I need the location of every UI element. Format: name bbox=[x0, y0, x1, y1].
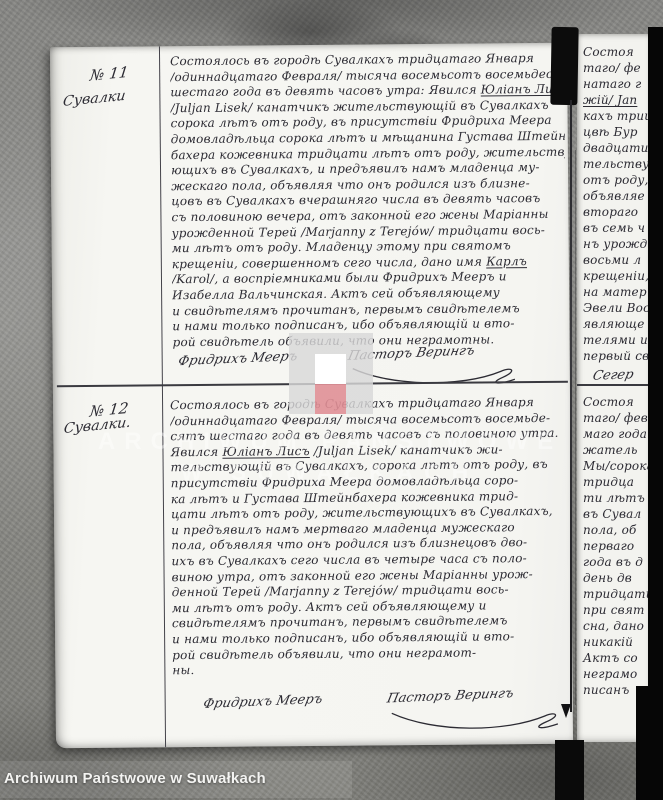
handwritten-line: натаго г bbox=[577, 76, 649, 92]
handwritten-line: Актъ со bbox=[577, 650, 649, 666]
handwritten-line: ти лѣтъ bbox=[577, 490, 649, 506]
handwritten-line: года въ д bbox=[577, 554, 649, 570]
scan-black-edge bbox=[636, 686, 663, 800]
binding-gap-bottom bbox=[555, 740, 584, 800]
handwritten-line: крещеніи, с bbox=[577, 268, 649, 284]
record-12-signature-witness: Фридрихъ Мееръ bbox=[202, 692, 324, 712]
handwritten-line: первый св bbox=[577, 348, 649, 364]
handwritten-line: двадцати bbox=[577, 140, 649, 156]
handwritten-line: сна, дано bbox=[577, 618, 649, 634]
handwritten-line: въ семь ч bbox=[577, 220, 649, 236]
handwritten-line: втораго bbox=[577, 204, 649, 220]
watermark-logo-red-square bbox=[315, 384, 346, 414]
record-11-text: Состоялось въ городѣ Сувалкахъ тридцатаг… bbox=[170, 51, 567, 351]
watermark-logo-white-square bbox=[315, 354, 346, 384]
handwritten-line: неграмо bbox=[577, 666, 649, 682]
record-separator-line bbox=[577, 384, 649, 386]
signature-flourish bbox=[351, 361, 521, 390]
handwritten-line: день дв bbox=[577, 570, 649, 586]
handwritten-line: никакій bbox=[577, 634, 649, 650]
record-11-number: № 11 bbox=[89, 63, 130, 85]
binding-gap-top bbox=[550, 27, 578, 105]
handwritten-line: жій/ Jan bbox=[577, 92, 649, 108]
handwritten-line: восьми л bbox=[577, 252, 649, 268]
handwritten-line: ны. bbox=[172, 660, 566, 679]
binding-gap-line bbox=[570, 100, 572, 712]
handwritten-line: перваго bbox=[577, 538, 649, 554]
right-page-record-a-text: Состоятаго/ фенатаго гжій/ Janкахъ трицц… bbox=[577, 44, 649, 364]
signature-flourish bbox=[390, 704, 565, 736]
margin-rule-line bbox=[159, 46, 166, 747]
watermark-text-line1: ARCHIWUM PAŃSTWOWE bbox=[60, 428, 600, 456]
scan-background: № 11 Сувалки Состоялось въ городѣ Сувалк… bbox=[0, 0, 663, 800]
binding-thread-mark bbox=[561, 704, 571, 718]
handwritten-line: объявляе bbox=[577, 188, 649, 204]
archive-caption: Archiwum Państwowe w Suwałkach bbox=[4, 770, 266, 787]
handwritten-line: Состоя bbox=[577, 394, 649, 410]
handwritten-line: Состоя bbox=[577, 44, 649, 60]
handwritten-line: тельствую bbox=[577, 156, 649, 172]
record-11-signature-witness: Фридрихъ Мееръ bbox=[177, 349, 299, 369]
document-page-right: Состоятаго/ фенатаго гжій/ Janкахъ трицц… bbox=[577, 34, 649, 742]
watermark-text-line2: W SUWAŁKACH bbox=[60, 459, 600, 486]
handwritten-line: являюще bbox=[577, 316, 649, 332]
handwritten-line: при свят bbox=[577, 602, 649, 618]
handwritten-line: тридцати bbox=[577, 586, 649, 602]
handwritten-line: Эвели Вос bbox=[577, 300, 649, 316]
scan-black-edge bbox=[648, 27, 663, 800]
handwritten-line: въ Сувал bbox=[577, 506, 649, 522]
handwritten-line: отъ роду, и bbox=[577, 172, 649, 188]
handwritten-line: кахъ триц bbox=[577, 108, 649, 124]
handwritten-line: пола, об bbox=[577, 522, 649, 538]
handwritten-line: таго/ фе bbox=[577, 60, 649, 76]
handwritten-line: нъ урожд bbox=[577, 236, 649, 252]
handwritten-line: таго/ фев bbox=[577, 410, 649, 426]
handwritten-line: телями и bbox=[577, 332, 649, 348]
right-page-signature: Сегер bbox=[591, 367, 635, 383]
handwritten-line: цвѣ Бур bbox=[577, 124, 649, 140]
handwritten-line: на матер bbox=[577, 284, 649, 300]
record-11-place: Сувалки bbox=[62, 88, 126, 110]
